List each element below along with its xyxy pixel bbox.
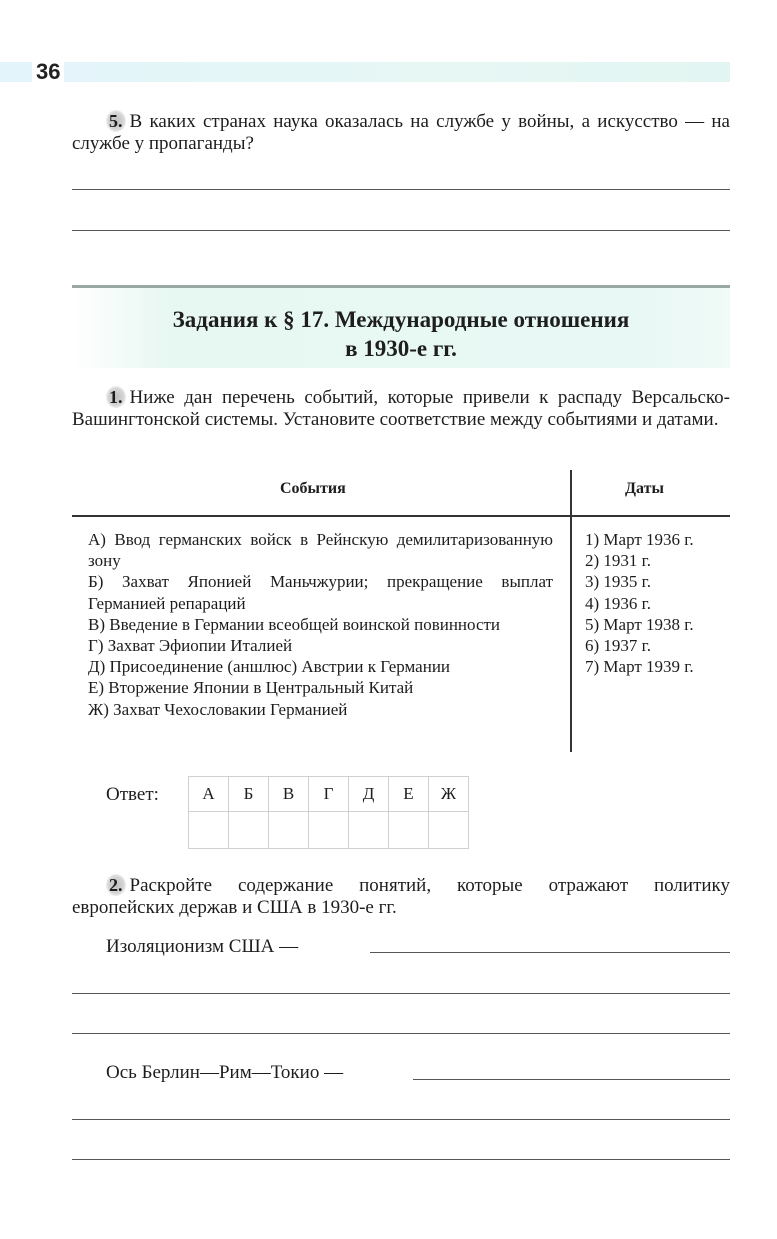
- term-label-isolationism: Изоляционизм США —: [106, 936, 298, 958]
- answer-line[interactable]: [72, 230, 730, 231]
- event-item: Д) Присоединение (аншлюс) Австрии к Герм…: [88, 656, 553, 677]
- date-item: 4) 1936 г.: [585, 593, 694, 614]
- answer-cell[interactable]: [389, 812, 429, 849]
- page-number: 36: [32, 58, 64, 86]
- answer-cell[interactable]: [229, 812, 269, 849]
- event-item: Б) Захват Японией Маньчжурии; прекращени…: [88, 571, 553, 613]
- event-item: Ж) Захват Чехословакии Германией: [88, 699, 553, 720]
- answer-letter: Ж: [429, 777, 469, 812]
- answer-cell[interactable]: [349, 812, 389, 849]
- answer-letter: Е: [389, 777, 429, 812]
- task-number-badge: 2.: [106, 874, 126, 896]
- section-title-line-1: Задания к § 17. Международные отношения: [72, 305, 730, 334]
- dates-list: 1) Март 1936 г. 2) 1931 г. 3) 1935 г. 4)…: [585, 529, 694, 677]
- event-item: Е) Вторжение Японии в Центральный Китай: [88, 677, 553, 698]
- section-title-line-2: в 1930-е гг.: [72, 334, 730, 363]
- term-label-axis: Ось Берлин—Рим—Токио —: [106, 1062, 343, 1084]
- section-title: Задания к § 17. Международные отношения …: [72, 305, 730, 363]
- section-divider: [72, 285, 730, 288]
- answer-cell[interactable]: [429, 812, 469, 849]
- answer-line[interactable]: [72, 1159, 730, 1160]
- answer-label: Ответ:: [106, 784, 159, 806]
- answer-grid: А Б В Г Д Е Ж: [188, 776, 469, 849]
- table-header-events: События: [280, 480, 346, 498]
- date-item: 5) Март 1938 г.: [585, 614, 694, 635]
- answer-letter: Д: [349, 777, 389, 812]
- task-1-text: Ниже дан перечень событий, которые приве…: [72, 387, 730, 430]
- answer-cell[interactable]: [189, 812, 229, 849]
- answer-letter: А: [189, 777, 229, 812]
- answer-letter: Б: [229, 777, 269, 812]
- task-2-text: Раскройте содержание понятий, которые от…: [72, 875, 730, 918]
- question-5-text: В каких странах наука оказалась на служб…: [72, 111, 730, 154]
- event-item: А) Ввод германских войск в Рейнскую деми…: [88, 529, 553, 571]
- answer-line[interactable]: [72, 1033, 730, 1034]
- question-number-badge: 5.: [106, 110, 126, 132]
- answer-line[interactable]: [72, 1119, 730, 1120]
- table-header-rule: [72, 515, 730, 517]
- table-header-dates: Даты: [625, 480, 664, 498]
- events-list: А) Ввод германских войск в Рейнскую деми…: [88, 529, 553, 720]
- task-1: 1.Ниже дан перечень событий, которые при…: [72, 386, 730, 431]
- event-item: Г) Захват Эфиопии Италией: [88, 635, 553, 656]
- term-answer-line[interactable]: [413, 1079, 730, 1080]
- date-item: 7) Март 1939 г.: [585, 656, 694, 677]
- task-number-badge: 1.: [106, 386, 126, 408]
- answer-line[interactable]: [72, 189, 730, 190]
- page-header-strip: [0, 62, 730, 82]
- date-item: 2) 1931 г.: [585, 550, 694, 571]
- answer-cell[interactable]: [269, 812, 309, 849]
- table-column-divider: [570, 470, 572, 752]
- task-2: 2.Раскройте содержание понятий, которые …: [72, 874, 730, 919]
- event-item: В) Введение в Германии всеобщей воинской…: [88, 614, 553, 635]
- answer-letter: Г: [309, 777, 349, 812]
- date-item: 1) Март 1936 г.: [585, 529, 694, 550]
- date-item: 6) 1937 г.: [585, 635, 694, 656]
- answer-cell[interactable]: [309, 812, 349, 849]
- answer-letter: В: [269, 777, 309, 812]
- answer-line[interactable]: [72, 993, 730, 994]
- term-answer-line[interactable]: [370, 952, 730, 953]
- question-5: 5.В каких странах наука оказалась на слу…: [72, 110, 730, 155]
- date-item: 3) 1935 г.: [585, 571, 694, 592]
